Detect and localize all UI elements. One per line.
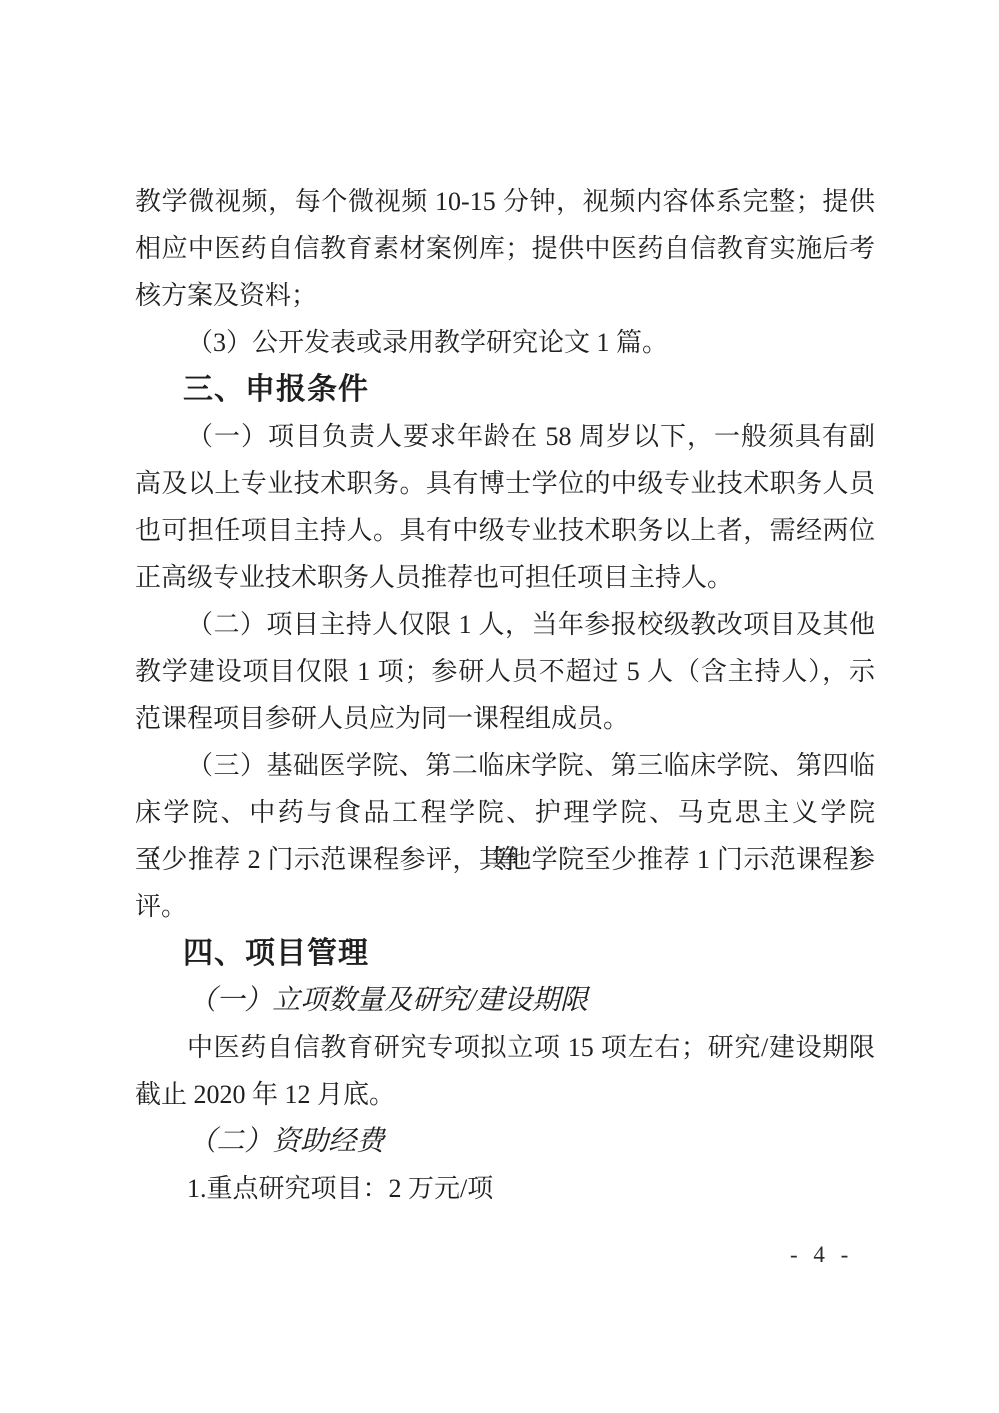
- text-line: 教学微视频，每个微视频 10-15 分钟，视频内容体系完整；提供: [135, 178, 875, 225]
- section-heading: 四、项目管理: [135, 930, 875, 977]
- text-line: 截止 2020 年 12 月底。: [135, 1071, 875, 1118]
- text-line: 相应中医药自信教育素材案例库；提供中医药自信教育实施后考: [135, 225, 875, 272]
- text-line: （二）项目主持人仅限 1 人，当年参报校级教改项目及其他: [135, 601, 875, 648]
- text-line: （三）基础医学院、第二临床学院、第三临床学院、第四临: [135, 742, 875, 789]
- text-line: 核方案及资料；: [135, 272, 875, 319]
- text-line: 正高级专业技术职务人员推荐也可担任项目主持人。: [135, 554, 875, 601]
- text-line: 床学院、中药与食品工程学院、护理学院、马克思主义学院（筹）: [135, 789, 875, 836]
- sub-section-heading: （二）资助经费: [135, 1118, 875, 1165]
- text-line: 高及以上专业技术职务。具有博士学位的中级专业技术职务人员: [135, 460, 875, 507]
- page-number: - 4 -: [790, 1242, 880, 1268]
- section-heading: 三、申报条件: [135, 366, 875, 413]
- text-line: 至少推荐 2 门示范课程参评，其他学院至少推荐 1 门示范课程参: [135, 836, 875, 883]
- text-line: 也可担任项目主持人。具有中级专业技术职务以上者，需经两位: [135, 507, 875, 554]
- document-lines: 教学微视频，每个微视频 10-15 分钟，视频内容体系完整；提供相应中医药自信教…: [135, 178, 875, 1212]
- text-line: 范课程项目参研人员应为同一课程组成员。: [135, 695, 875, 742]
- document-page: 教学微视频，每个微视频 10-15 分钟，视频内容体系完整；提供相应中医药自信教…: [0, 0, 999, 1413]
- text-line: （3）公开发表或录用教学研究论文 1 篇。: [135, 319, 875, 366]
- text-line: 教学建设项目仅限 1 项；参研人员不超过 5 人（含主持人），示: [135, 648, 875, 695]
- text-line: 1.重点研究项目：2 万元/项: [135, 1165, 875, 1212]
- text-line: （一）项目负责人要求年龄在 58 周岁以下，一般须具有副: [135, 413, 875, 460]
- sub-section-heading: （一）立项数量及研究/建设期限: [135, 977, 875, 1024]
- text-line: 评。: [135, 883, 875, 930]
- text-line: 中医药自信教育研究专项拟立项 15 项左右；研究/建设期限: [135, 1024, 875, 1071]
